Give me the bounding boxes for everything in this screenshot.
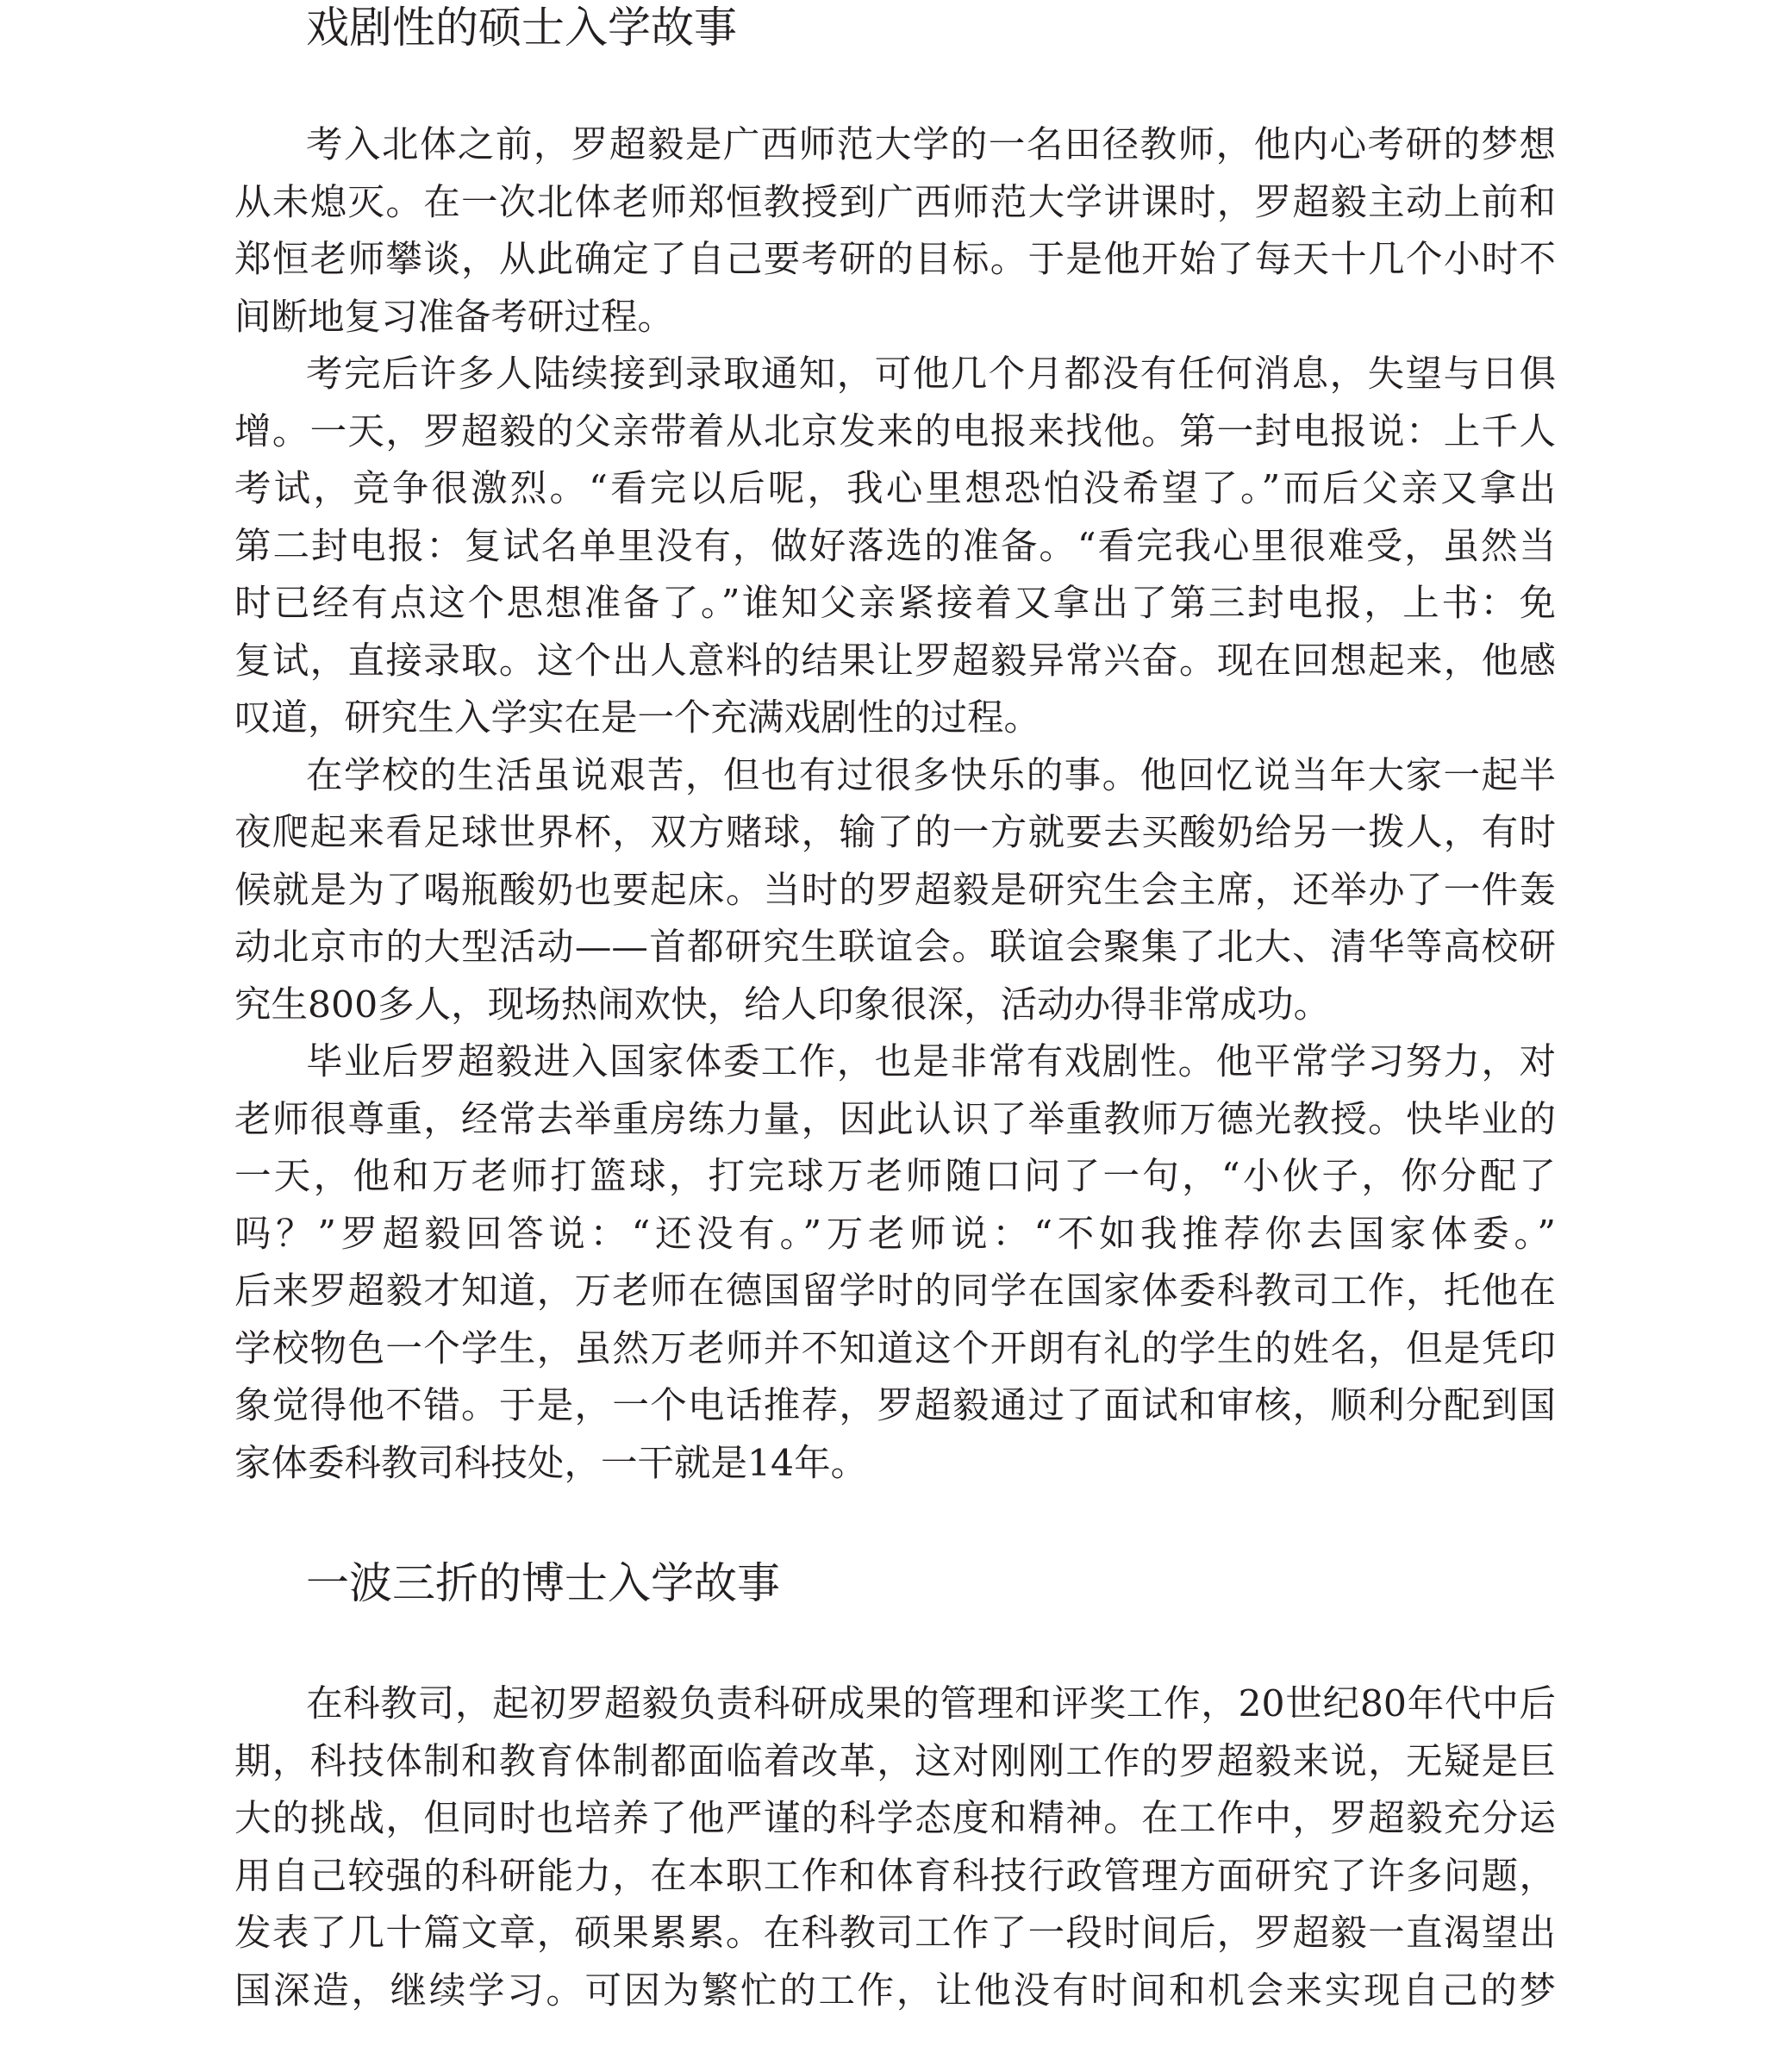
- section-body-doctoral: 在科教司，起初罗超毅负责科研成果的管理和评奖工作，20世纪80年代中后 期，科技…: [234, 1676, 1556, 2020]
- text-line: 在学校的生活虽说艰苦，但也有过很多快乐的事。他回忆说当年大家一起半: [234, 748, 1556, 806]
- text-line: 一天，他和万老师打篮球，打完球万老师随口问了一句，“小伙子，你分配了: [234, 1149, 1556, 1207]
- text-line: 在科教司，起初罗超毅负责科研成果的管理和评奖工作，20世纪80年代中后: [234, 1676, 1556, 1734]
- text-line: 时已经有点这个思想准备了。”谁知父亲紧接着又拿出了第三封电报，上书：免: [234, 576, 1556, 633]
- section-heading-doctoral-admission: 一波三折的博士入学故事: [306, 1557, 780, 1609]
- text-line: 复试，直接录取。这个出人意料的结果让罗超毅异常兴奋。现在回想起来，他感: [234, 633, 1556, 691]
- text-line: 考完后许多人陆续接到录取通知，可他几个月都没有任何消息，失望与日俱: [234, 346, 1556, 404]
- text-line: 考入北体之前，罗超毅是广西师范大学的一名田径教师，他内心考研的梦想: [234, 117, 1556, 175]
- text-line: 毕业后罗超毅进入国家体委工作，也是非常有戏剧性。他平常学习努力，对: [234, 1034, 1556, 1092]
- text-line: 家体委科教司科技处，一干就是14年。: [234, 1436, 1556, 1494]
- paragraph: 考完后许多人陆续接到录取通知，可他几个月都没有任何消息，失望与日俱 增。一天，罗…: [234, 346, 1556, 748]
- text-line: 间断地复习准备考研过程。: [234, 290, 1556, 347]
- text-line: 夜爬起来看足球世界杯，双方赌球，输了的一方就要去买酸奶给另一拨人，有时: [234, 805, 1556, 863]
- paragraph: 在学校的生活虽说艰苦，但也有过很多快乐的事。他回忆说当年大家一起半 夜爬起来看足…: [234, 748, 1556, 1035]
- text-line: 象觉得他不错。于是，一个电话推荐，罗超毅通过了面试和审核，顺利分配到国: [234, 1378, 1556, 1436]
- section-heading-masters-admission: 戏剧性的硕士入学故事: [306, 2, 737, 53]
- paragraph: 在科教司，起初罗超毅负责科研成果的管理和评奖工作，20世纪80年代中后 期，科技…: [234, 1676, 1556, 2020]
- paragraph: 毕业后罗超毅进入国家体委工作，也是非常有戏剧性。他平常学习努力，对 老师很尊重，…: [234, 1034, 1556, 1493]
- text-line: 用自己较强的科研能力，在本职工作和体育科技行政管理方面研究了许多问题，: [234, 1849, 1556, 1906]
- text-line: 吗？”罗超毅回答说：“还没有。”万老师说：“不如我推荐你去国家体委。”: [234, 1207, 1556, 1264]
- text-line: 老师很尊重，经常去举重房练力量，因此认识了举重教师万德光教授。快毕业的: [234, 1092, 1556, 1150]
- text-line: 大的挑战，但同时也培养了他严谨的科学态度和精神。在工作中，罗超毅充分运: [234, 1791, 1556, 1849]
- text-line: 候就是为了喝瓶酸奶也要起床。当时的罗超毅是研究生会主席，还举办了一件轰: [234, 863, 1556, 920]
- paragraph: 考入北体之前，罗超毅是广西师范大学的一名田径教师，他内心考研的梦想 从未熄灭。在…: [234, 117, 1556, 346]
- text-line: 期，科技体制和教育体制都面临着改革，这对刚刚工作的罗超毅来说，无疑是巨: [234, 1734, 1556, 1792]
- text-line: 从未熄灭。在一次北体老师郑恒教授到广西师范大学讲课时，罗超毅主动上前和: [234, 175, 1556, 233]
- text-line: 动北京市的大型活动——首都研究生联谊会。联谊会聚集了北大、清华等高校研: [234, 920, 1556, 977]
- text-line: 国深造，继续学习。可因为繁忙的工作，让他没有时间和机会来实现自己的梦: [234, 1963, 1556, 2021]
- text-line: 叹道，研究生入学实在是一个充满戏剧性的过程。: [234, 690, 1556, 748]
- text-line: 究生800多人，现场热闹欢快，给人印象很深，活动办得非常成功。: [234, 977, 1556, 1035]
- text-line: 第二封电报：复试名单里没有，做好落选的准备。“看完我心里很难受，虽然当: [234, 519, 1556, 577]
- text-line: 后来罗超毅才知道，万老师在德国留学时的同学在国家体委科教司工作，托他在: [234, 1263, 1556, 1321]
- text-line: 郑恒老师攀谈，从此确定了自己要考研的目标。于是他开始了每天十几个小时不: [234, 232, 1556, 290]
- section-body-masters: 考入北体之前，罗超毅是广西师范大学的一名田径教师，他内心考研的梦想 从未熄灭。在…: [234, 117, 1556, 1493]
- text-line: 学校物色一个学生，虽然万老师并不知道这个开朗有礼的学生的姓名，但是凭印: [234, 1321, 1556, 1379]
- text-line: 增。一天，罗超毅的父亲带着从北京发来的电报来找他。第一封电报说：上千人: [234, 404, 1556, 462]
- text-line: 发表了几十篇文章，硕果累累。在科教司工作了一段时间后，罗超毅一直渴望出: [234, 1906, 1556, 1963]
- text-line: 考试，竞争很激烈。“看完以后呢，我心里想恐怕没希望了。”而后父亲又拿出: [234, 461, 1556, 519]
